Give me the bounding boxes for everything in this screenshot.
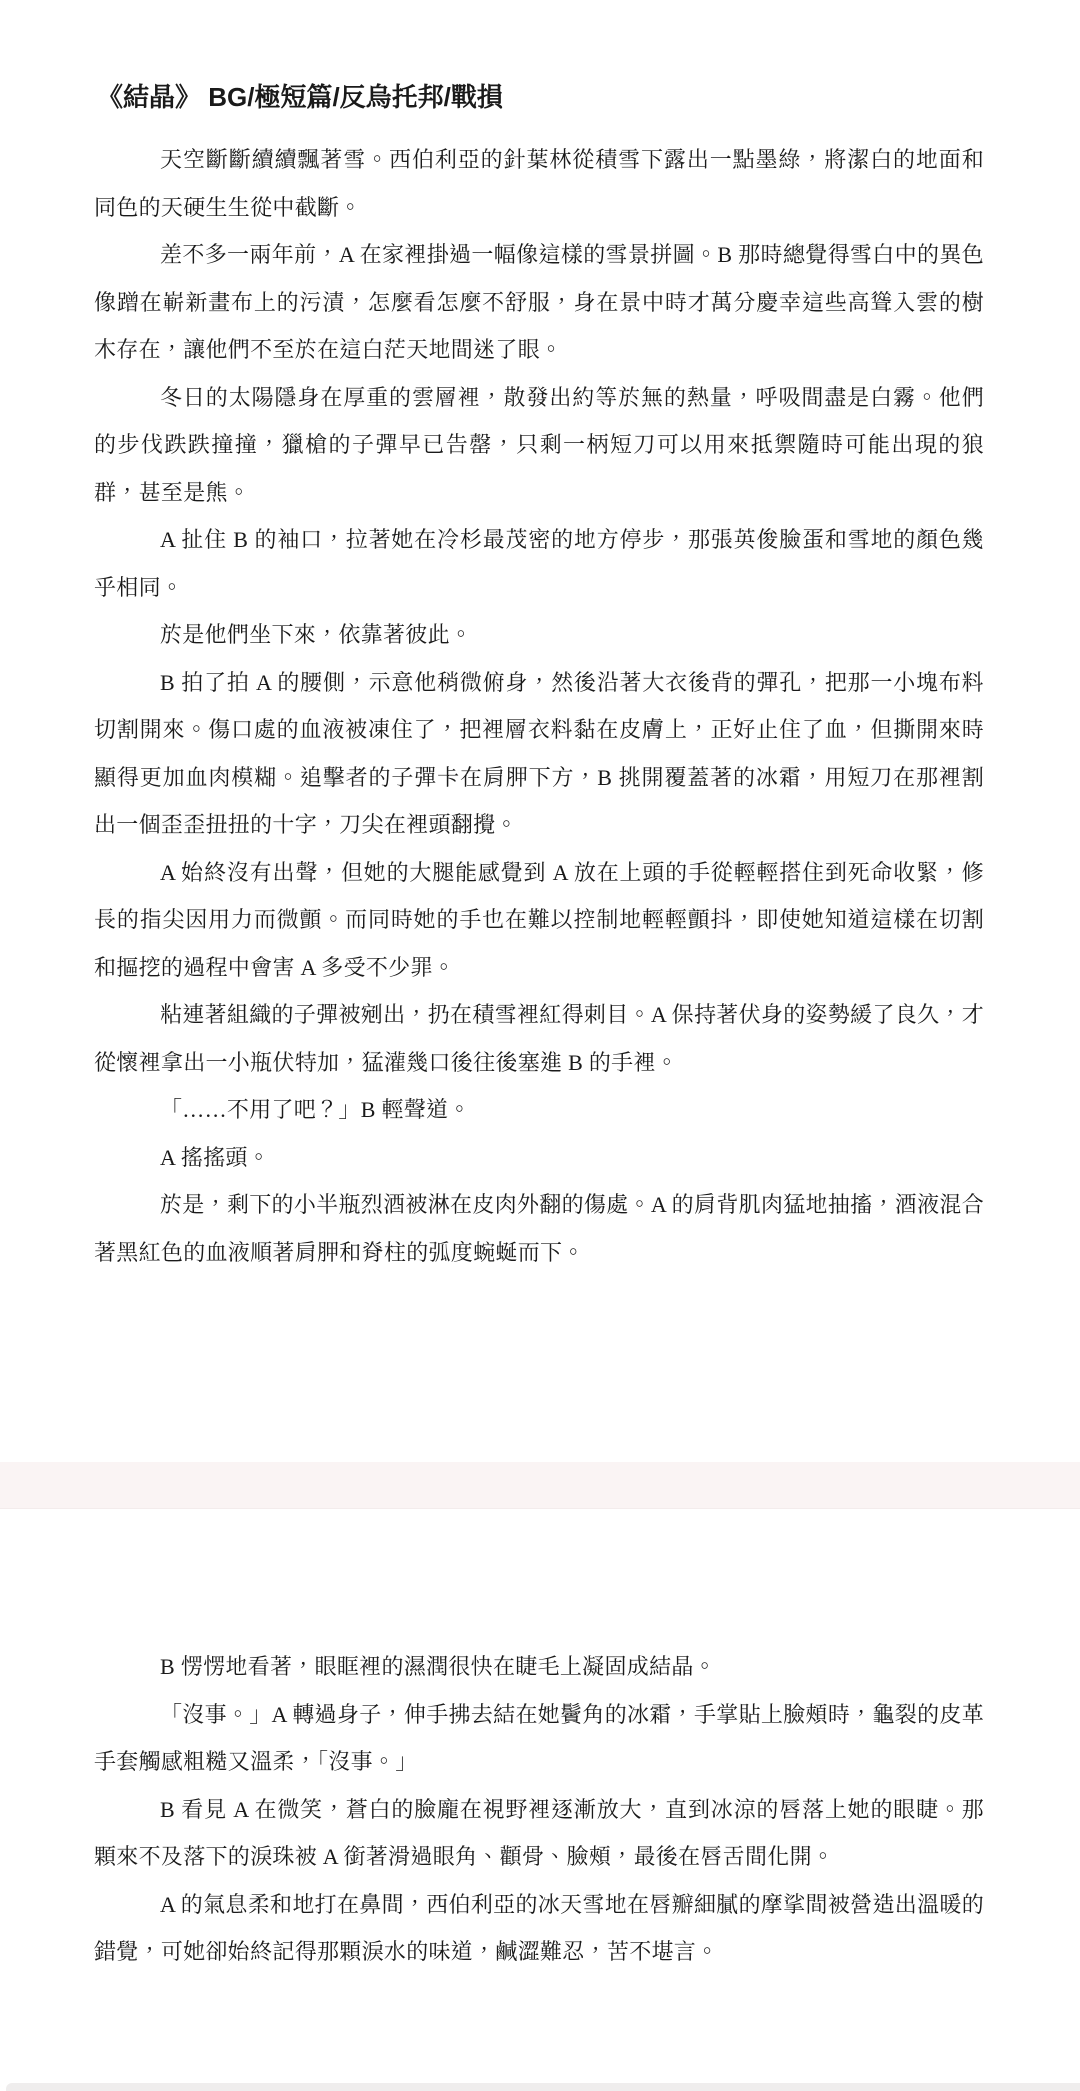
bottom-edge-bar: [6, 2083, 1080, 2091]
paragraph: 差不多一兩年前，A 在家裡掛過一幅像這樣的雪景拼圖。B 那時總覺得雪白中的異色像…: [94, 231, 984, 374]
page-title: 《結晶》 BG/極短篇/反烏托邦/戰損: [97, 79, 987, 115]
paragraph: 天空斷斷續續飄著雪。西伯利亞的針葉林從積雪下露出一點墨綠，將潔白的地面和同色的天…: [94, 136, 984, 231]
paragraph: A 的氣息柔和地打在鼻間，西伯利亞的冰天雪地在唇瓣細膩的摩挲間被營造出溫暖的錯覺…: [94, 1881, 984, 1976]
paragraph: 「沒事。」A 轉過身子，伸手拂去結在她鬢角的冰霜，手掌貼上臉頰時，龜裂的皮革手套…: [94, 1691, 984, 1786]
story-section-1: 天空斷斷續續飄著雪。西伯利亞的針葉林從積雪下露出一點墨綠，將潔白的地面和同色的天…: [94, 136, 984, 1276]
paragraph: A 搖搖頭。: [94, 1134, 984, 1182]
paragraph: 於是他們坐下來，依靠著彼此。: [94, 611, 984, 659]
separator-band: [0, 1462, 1080, 1509]
paragraph: B 拍了拍 A 的腰側，示意他稍微俯身，然後沿著大衣後背的彈孔，把那一小塊布料切…: [94, 659, 984, 849]
paragraph: B 愣愣地看著，眼眶裡的濕潤很快在睫毛上凝固成結晶。: [94, 1643, 984, 1691]
story-section-2: B 愣愣地看著，眼眶裡的濕潤很快在睫毛上凝固成結晶。 「沒事。」A 轉過身子，伸…: [94, 1643, 984, 1976]
paragraph: A 始終沒有出聲，但她的大腿能感覺到 A 放在上頭的手從輕輕搭住到死命收緊，修長…: [94, 849, 984, 992]
paragraph: 「……不用了吧？」B 輕聲道。: [94, 1086, 984, 1134]
paragraph: A 扯住 B 的袖口，拉著她在冷杉最茂密的地方停步，那張英俊臉蛋和雪地的顏色幾乎…: [94, 516, 984, 611]
paragraph: 於是，剩下的小半瓶烈酒被淋在皮肉外翻的傷處。A 的肩背肌肉猛地抽搐，酒液混合著黑…: [94, 1181, 984, 1276]
paragraph: 冬日的太陽隱身在厚重的雲層裡，散發出約等於無的熱量，呼吸間盡是白霧。他們的步伐跌…: [94, 374, 984, 517]
paragraph: 粘連著組織的子彈被剜出，扔在積雪裡紅得刺目。A 保持著伏身的姿勢緩了良久，才從懷…: [94, 991, 984, 1086]
paragraph: B 看見 A 在微笑，蒼白的臉龐在視野裡逐漸放大，直到冰涼的唇落上她的眼睫。那顆…: [94, 1786, 984, 1881]
document-page: { "document": { "title": "《結晶》 BG/極短篇/反烏…: [0, 0, 1080, 2091]
